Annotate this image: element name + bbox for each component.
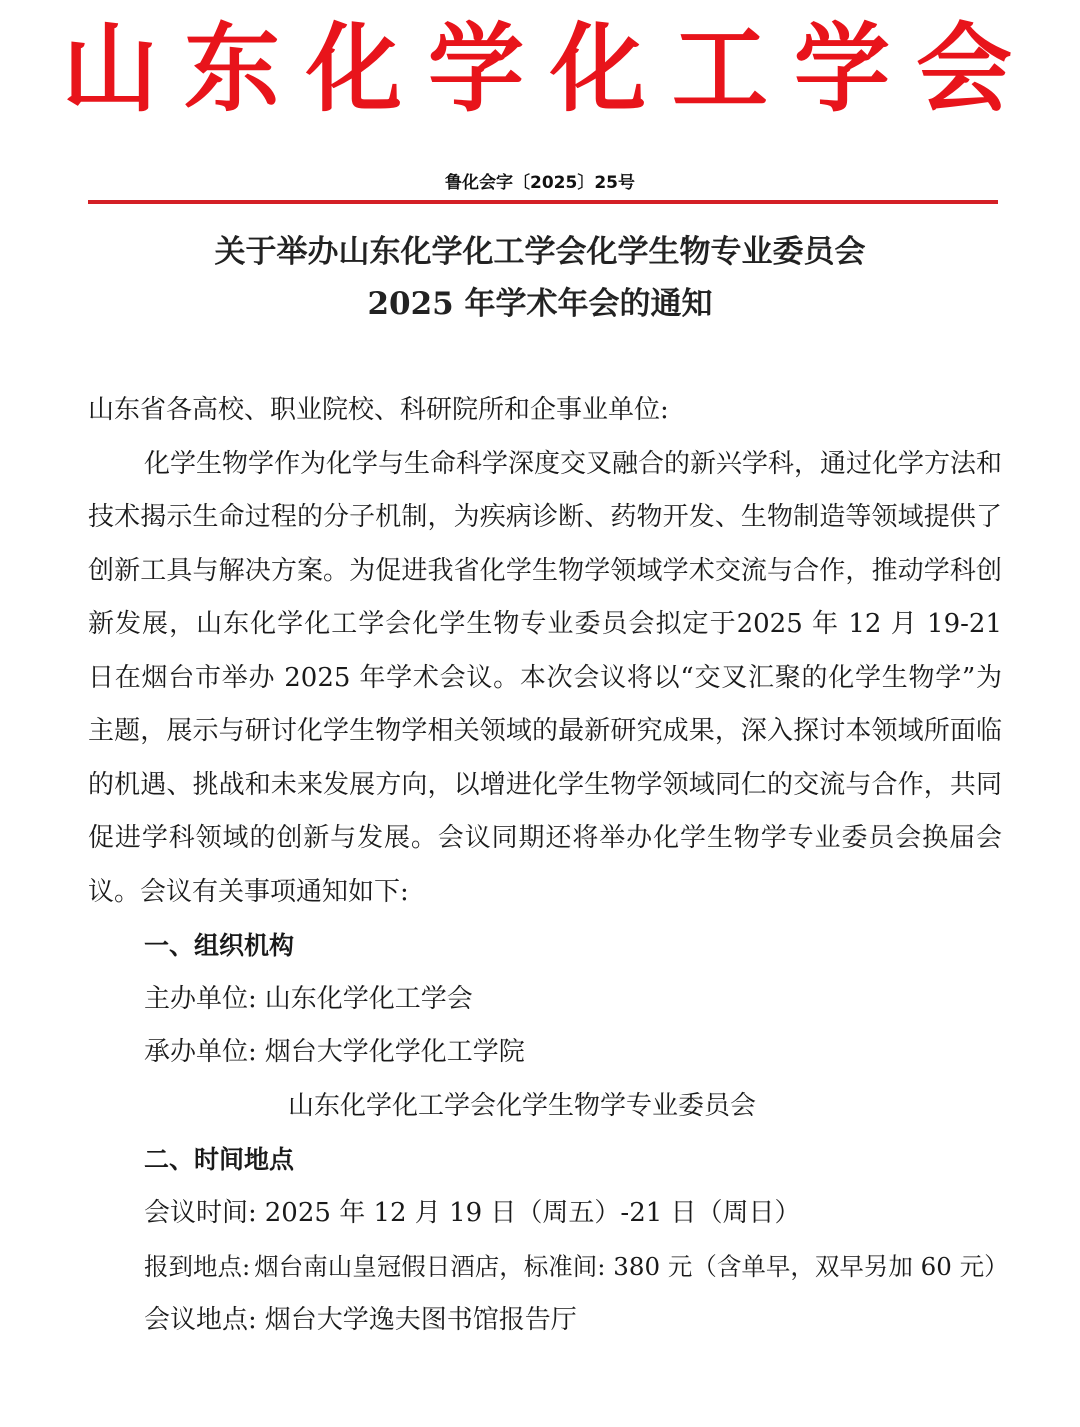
registration-place-value: 烟台南山皇冠假日酒店，标准间: 380 元（含单早，双早另加 60 元）: [254, 1240, 1008, 1294]
red-divider-rule: [88, 200, 998, 204]
salutation: 山东省各高校、职业院校、科研院所和企事业单位:: [88, 384, 1002, 438]
meeting-venue-value: 烟台大学逸夫图书馆报告厅: [265, 1294, 577, 1348]
host-value: 烟台大学化学化工学院: [265, 1026, 525, 1080]
meeting-time-row: 会议时间: 2025 年 12 月 19 日（周五）-21 日（周日）: [88, 1187, 1002, 1241]
organizer-value: 山东化学化工学会: [265, 973, 473, 1027]
meeting-venue-row: 会议地点: 烟台大学逸夫图书馆报告厅: [88, 1294, 1002, 1348]
meeting-time-label: 会议时间:: [144, 1187, 257, 1241]
registration-place-row: 报到地点: 烟台南山皇冠假日酒店，标准间: 380 元（含单早，双早另加 60 …: [88, 1240, 1002, 1294]
masthead-organization-name: 山东化学化工学会: [0, 14, 1080, 124]
meeting-venue-label: 会议地点:: [144, 1294, 257, 1348]
organizer-label: 主办单位:: [144, 973, 257, 1027]
host-row: 承办单位: 烟台大学化学化工学院: [88, 1026, 1002, 1080]
host-continuation: 山东化学化工学会化学生物学专业委员会: [88, 1080, 1002, 1134]
organizer-row: 主办单位: 山东化学化工学会: [88, 973, 1002, 1027]
section-heading-organization: 一、组织机构: [88, 919, 1002, 973]
notice-body: 山东省各高校、职业院校、科研院所和企事业单位: 化学生物学作为化学与生命科学深度…: [88, 384, 1002, 1347]
intro-paragraph: 化学生物学作为化学与生命科学深度交叉融合的新兴学科，通过化学方法和技术揭示生命过…: [88, 438, 1002, 920]
notice-title: 关于举办山东化学化工学会化学生物专业委员会 2025 年学术年会的通知: [0, 226, 1080, 330]
title-line-2: 2025 年学术年会的通知: [0, 278, 1080, 330]
meeting-time-value: 2025 年 12 月 19 日（周五）-21 日（周日）: [265, 1187, 801, 1241]
registration-place-label: 报到地点:: [144, 1240, 250, 1294]
section-heading-time-place: 二、时间地点: [88, 1133, 1002, 1187]
document-number: 鲁化会字〔2025〕25号: [0, 168, 1080, 193]
host-label: 承办单位:: [144, 1026, 257, 1080]
title-line-1: 关于举办山东化学化工学会化学生物专业委员会: [0, 226, 1080, 278]
